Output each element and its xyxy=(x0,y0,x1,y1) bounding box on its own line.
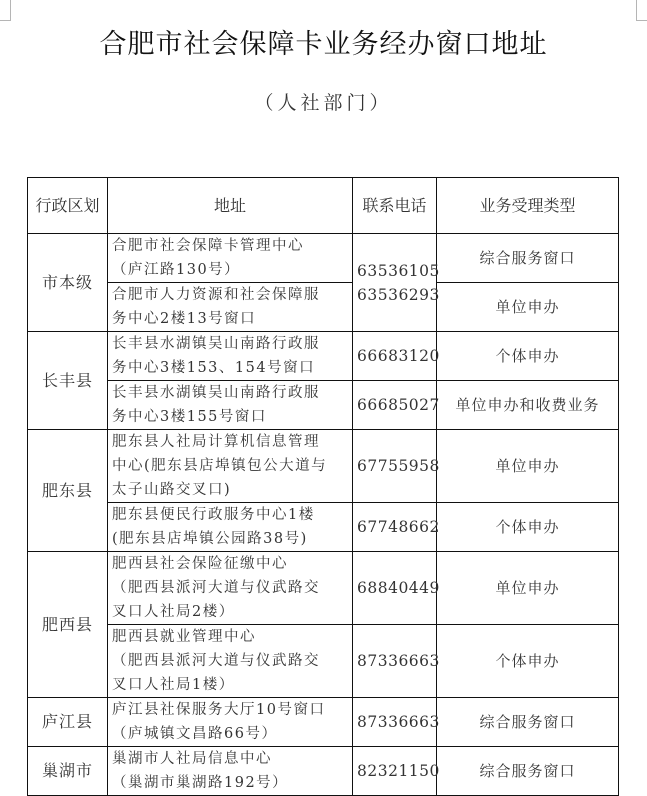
address-cell: 长丰县水湖镇吴山南路行政服 务中心3楼155号窗口 xyxy=(108,381,353,430)
table-row: 肥西县 肥西县社会保险征缴中心 （肥西县派河大道与仪武路交 叉口人社局2楼） 6… xyxy=(28,552,619,625)
address-line: 中心(肥东县店埠镇包公大道与 xyxy=(112,454,348,478)
region-cell: 肥西县 xyxy=(28,552,108,698)
address-line: 长丰县水湖镇吴山南路行政服 xyxy=(112,332,348,356)
address-cell: 肥东县便民行政服务中心1楼 (肥东县店埠镇公园路38号) xyxy=(108,503,353,552)
table-row: 合肥市人力资源和社会保障服 务中心2楼13号窗口 单位申办 xyxy=(28,283,619,332)
service-type-cell: 综合服务窗口 xyxy=(437,747,619,796)
table-row: 庐江县 庐江县社保服务大厅10号窗口 （庐城镇文昌路66号） 87336663 … xyxy=(28,698,619,747)
address-line: 务中心2楼13号窗口 xyxy=(112,307,348,331)
service-type-cell: 综合服务窗口 xyxy=(437,234,619,283)
header-service-type: 业务受理类型 xyxy=(437,178,619,234)
address-line: （巢湖市巢湖路192号） xyxy=(112,771,348,795)
page-corner-mark-left xyxy=(0,0,11,21)
region-cell: 庐江县 xyxy=(28,698,108,747)
page-corner-mark-right xyxy=(636,0,647,21)
address-line: 务中心3楼155号窗口 xyxy=(112,405,348,429)
phone-cell: 66685027 xyxy=(353,381,437,430)
address-line: 务中心3楼153、154号窗口 xyxy=(112,356,348,380)
table-row: 长丰县 长丰县水湖镇吴山南路行政服 务中心3楼153、154号窗口 666831… xyxy=(28,332,619,381)
table-row: 肥东县 肥东县人社局计算机信息管理 中心(肥东县店埠镇包公大道与 太子山路交叉口… xyxy=(28,430,619,503)
address-line: 肥西县就业管理中心 xyxy=(112,625,348,649)
document-title: 合肥市社会保障卡业务经办窗口地址 xyxy=(0,22,647,61)
service-type-cell: 单位申办 xyxy=(437,283,619,332)
service-type-cell: 单位申办 xyxy=(437,552,619,625)
region-cell: 肥东县 xyxy=(28,430,108,552)
header-address: 地址 xyxy=(108,178,353,234)
service-type-cell: 单位申办和收费业务 xyxy=(437,381,619,430)
address-line: 长丰县水湖镇吴山南路行政服 xyxy=(112,381,348,405)
address-line: （肥西县派河大道与仪武路交 xyxy=(112,649,348,673)
region-cell: 长丰县 xyxy=(28,332,108,430)
address-line: 叉口人社局1楼） xyxy=(112,673,348,697)
address-cell: 合肥市人力资源和社会保障服 务中心2楼13号窗口 xyxy=(108,283,353,332)
phone-cell: 67748662 xyxy=(353,503,437,552)
address-line: 巢湖市人社局信息中心 xyxy=(112,747,348,771)
phone-cell: 68840449 xyxy=(353,552,437,625)
address-line: 肥东县人社局计算机信息管理 xyxy=(112,430,348,454)
header-region: 行政区划 xyxy=(28,178,108,234)
phone-cell: 63536105 63536293 xyxy=(353,234,437,332)
address-line: 合肥市社会保障卡管理中心 xyxy=(112,234,348,258)
table-header-row: 行政区划 地址 联系电话 业务受理类型 xyxy=(28,178,619,234)
phone-cell: 87336663 xyxy=(353,625,437,698)
address-line: （肥西县派河大道与仪武路交 xyxy=(112,576,348,600)
table-row: 巢湖市 巢湖市人社局信息中心 （巢湖市巢湖路192号） 82321150 综合服… xyxy=(28,747,619,796)
phone-cell: 66683120 xyxy=(353,332,437,381)
address-line: 叉口人社局2楼） xyxy=(112,600,348,624)
address-line: (肥东县店埠镇公园路38号) xyxy=(112,527,348,551)
address-line: 肥西县社会保险征缴中心 xyxy=(112,552,348,576)
phone-number: 63536293 xyxy=(357,283,432,307)
phone-number: 63536105 xyxy=(357,259,432,283)
address-line: （庐城镇文昌路66号） xyxy=(112,722,348,746)
address-cell: 肥西县社会保险征缴中心 （肥西县派河大道与仪武路交 叉口人社局2楼） xyxy=(108,552,353,625)
address-cell: 肥东县人社局计算机信息管理 中心(肥东县店埠镇包公大道与 太子山路交叉口) xyxy=(108,430,353,503)
address-line: 肥东县便民行政服务中心1楼 xyxy=(112,503,348,527)
address-cell: 长丰县水湖镇吴山南路行政服 务中心3楼153、154号窗口 xyxy=(108,332,353,381)
region-cell: 巢湖市 xyxy=(28,747,108,796)
service-type-cell: 综合服务窗口 xyxy=(437,698,619,747)
table-row: 长丰县水湖镇吴山南路行政服 务中心3楼155号窗口 66685027 单位申办和… xyxy=(28,381,619,430)
service-type-cell: 个体申办 xyxy=(437,332,619,381)
table-row: 肥东县便民行政服务中心1楼 (肥东县店埠镇公园路38号) 67748662 个体… xyxy=(28,503,619,552)
table-row: 市本级 合肥市社会保障卡管理中心 （庐江路130号） 63536105 6353… xyxy=(28,234,619,283)
address-cell: 肥西县就业管理中心 （肥西县派河大道与仪武路交 叉口人社局1楼） xyxy=(108,625,353,698)
phone-cell: 87336663 xyxy=(353,698,437,747)
phone-cell: 82321150 xyxy=(353,747,437,796)
address-line: 太子山路交叉口) xyxy=(112,478,348,502)
service-type-cell: 个体申办 xyxy=(437,503,619,552)
address-line: 合肥市人力资源和社会保障服 xyxy=(112,283,348,307)
document-subtitle: （人社部门） xyxy=(0,88,647,115)
address-line: 庐江县社保服务大厅10号窗口 xyxy=(112,698,348,722)
region-cell: 市本级 xyxy=(28,234,108,332)
service-window-table: 行政区划 地址 联系电话 业务受理类型 市本级 合肥市社会保障卡管理中心 （庐江… xyxy=(27,177,619,796)
service-type-cell: 个体申办 xyxy=(437,625,619,698)
address-cell: 巢湖市人社局信息中心 （巢湖市巢湖路192号） xyxy=(108,747,353,796)
address-cell: 庐江县社保服务大厅10号窗口 （庐城镇文昌路66号） xyxy=(108,698,353,747)
service-type-cell: 单位申办 xyxy=(437,430,619,503)
header-phone: 联系电话 xyxy=(353,178,437,234)
address-cell: 合肥市社会保障卡管理中心 （庐江路130号） xyxy=(108,234,353,283)
phone-cell: 67755958 xyxy=(353,430,437,503)
address-line: （庐江路130号） xyxy=(112,258,348,282)
table-row: 肥西县就业管理中心 （肥西县派河大道与仪武路交 叉口人社局1楼） 8733666… xyxy=(28,625,619,698)
